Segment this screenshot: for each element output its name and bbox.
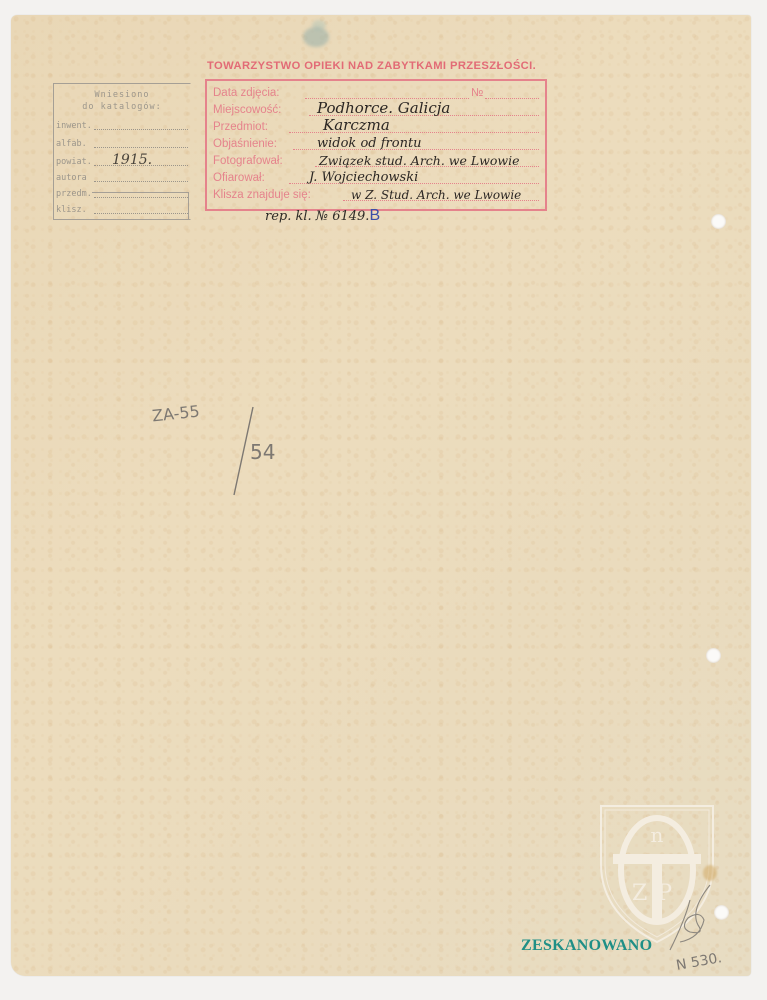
catalog-field-autora: autora xyxy=(56,170,188,184)
punch-hole-middle xyxy=(706,648,721,663)
stamp-location-value: Podhorce. Galicja xyxy=(317,99,450,117)
stamp-field-donor: Ofiarował: J. Wojciechowski xyxy=(213,169,539,185)
svg-text:n: n xyxy=(651,823,664,847)
reference-note: rep. kl. № 6149.B xyxy=(265,207,380,225)
green-ink-smudge xyxy=(303,27,329,47)
stamp-subject-value: Karczma xyxy=(323,116,390,134)
society-stamp-title: TOWARZYSTWO OPIEKI NAD ZABYTKAMI PRZESZŁ… xyxy=(207,60,536,72)
catalog-field-inwent: inwent. xyxy=(56,118,188,132)
catalog-powiat-value: 1915. xyxy=(112,152,152,168)
scanned-stamp: ZESKANOWANO xyxy=(521,937,652,955)
catalog-stamp-title-2: do katalogów: xyxy=(54,101,190,113)
catalog-field-alfab: alfab. xyxy=(56,136,188,150)
stamp-donor-value: J. Wojciechowski xyxy=(309,170,418,185)
punch-hole-top xyxy=(711,214,726,229)
paper-stain xyxy=(703,865,717,881)
catalog-field-powiat: powiat. 1915. xyxy=(56,154,188,168)
stamp-description-value: widok od frontu xyxy=(317,136,422,151)
stamp-number-label: № xyxy=(471,87,483,99)
stamp-field-negative: Klisza znajduje się: w Z. Stud. Arch. we… xyxy=(213,186,539,202)
pencil-number: 54 xyxy=(250,440,275,464)
stamp-field-photographer: Fotografował: Związek stud. Arch. we Lwo… xyxy=(213,152,539,168)
catalog-stamp-title-1: Wniesiono xyxy=(54,89,190,101)
reference-number: rep. kl. № 6149. xyxy=(265,209,369,224)
stamp-field-location: Miejscowość: Podhorce. Galicja xyxy=(213,101,539,117)
reference-suffix: B xyxy=(369,207,380,224)
catalog-stamp: Wniesiono do katalogów: inwent. alfab. p… xyxy=(53,83,191,220)
stamp-negative-value: w Z. Stud. Arch. we Lwowie xyxy=(351,188,521,202)
pencil-signature xyxy=(660,880,720,955)
society-stamp: Data zdjęcia: № Miejscowość: Podhorce. G… xyxy=(205,79,547,211)
stamp-field-description: Objaśnienie: widok od frontu xyxy=(213,135,539,151)
stamp-field-subject: Przedmiot: Karczma xyxy=(213,118,539,134)
catalog-inner-box xyxy=(92,192,189,219)
stamp-field-date: Data zdjęcia: № xyxy=(213,84,539,100)
stamp-photographer-value: Związek stud. Arch. we Lwowie xyxy=(319,153,520,168)
